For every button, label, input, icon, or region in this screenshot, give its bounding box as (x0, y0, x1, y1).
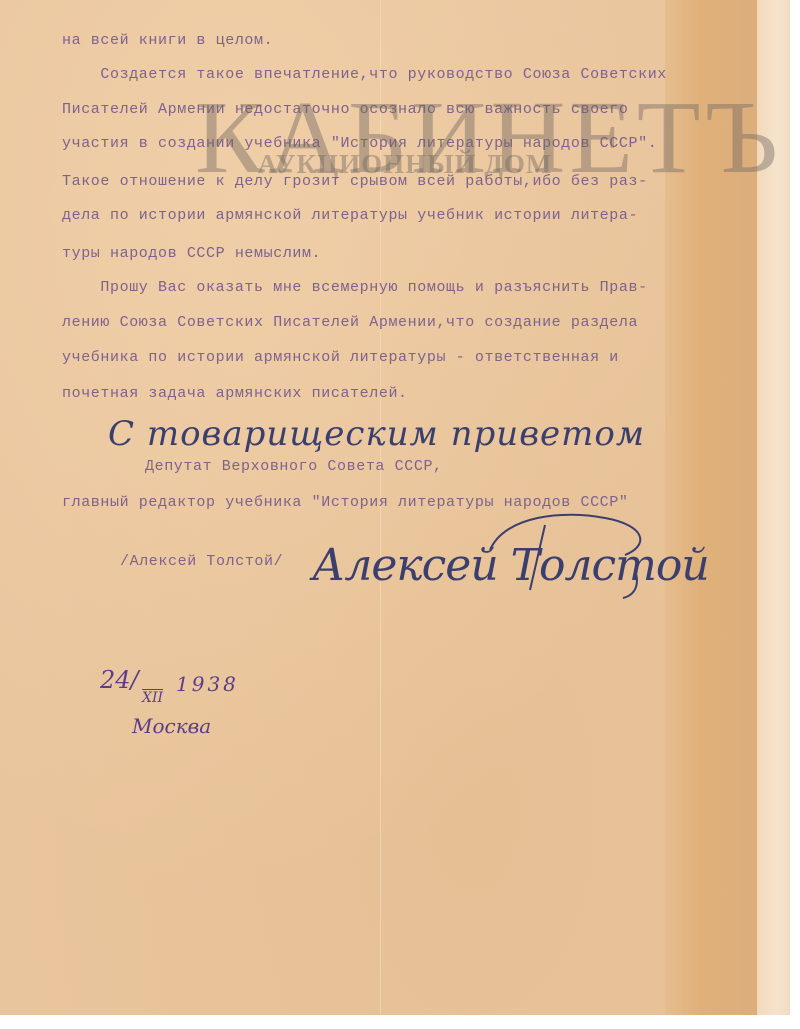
body-line: Создается такое впечатление,что руководс… (62, 66, 667, 84)
body-line: Такое отношение к делу грозит срывом все… (62, 173, 648, 191)
handwritten-date-year: 1938 (176, 672, 239, 696)
body-line: дела по истории армянской литературы уче… (62, 207, 638, 225)
signature-title-line-1: Депутат Верховного Совета СССР, (145, 458, 443, 476)
handwritten-place: Москва (132, 714, 211, 738)
paper-edge-strip (757, 0, 790, 1015)
handwritten-signature: Алексей Толстой (312, 540, 709, 591)
body-line: почетная задача армянских писателей. (62, 385, 408, 403)
body-line: участия в создании учебника "История лит… (62, 135, 657, 153)
paper-discolored-strip (665, 0, 757, 1015)
letter-page: на всей книги в целом. Создается такое в… (0, 0, 790, 1015)
body-line: лению Союза Советских Писателей Армении,… (62, 314, 638, 332)
body-line: Прошу Вас оказать мне всемерную помощь и… (62, 279, 648, 297)
body-line: на всей книги в целом. (62, 32, 273, 50)
handwritten-date-day: 24/ (100, 666, 139, 694)
body-line: Писателей Армении недостаточно осознало … (62, 101, 629, 119)
body-line: учебника по истории армянской литературы… (62, 349, 619, 367)
typed-signatory-name: /Алексей Толстой/ (120, 553, 283, 571)
handwritten-greeting: С товарищеским приветом (108, 414, 645, 454)
body-line: туры народов СССР немыслим. (62, 245, 321, 263)
handwritten-date-month: XII (142, 690, 163, 706)
